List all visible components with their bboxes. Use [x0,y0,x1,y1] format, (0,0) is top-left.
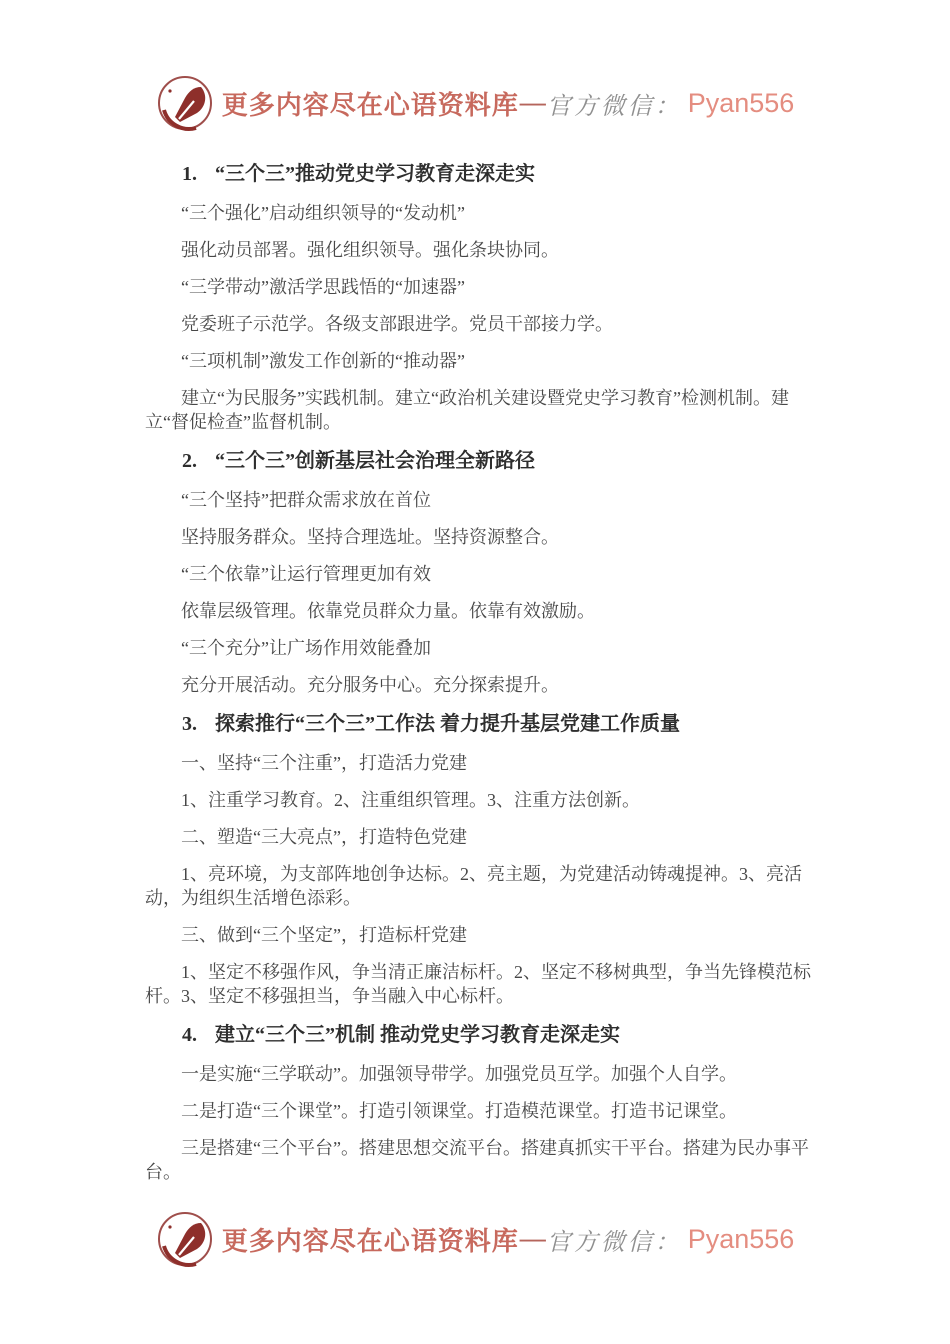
paragraph: 二、塑造“三大亮点”，打造特色党建 [145,825,812,849]
pen-logo-icon [156,74,214,132]
pen-logo-icon [156,1210,214,1268]
paragraph: “三个强化”启动组织领导的“发动机” [145,201,812,225]
section-heading-2: 2.“三个三”创新基层社会治理全新路径 [145,448,812,475]
paragraph: 1、注重学习教育。2、注重组织管理。3、注重方法创新。 [145,788,812,812]
paragraph: 1、亮环境，为支部阵地创争达标。2、亮主题，为党建活动铸魂提神。3、亮活动，为组… [145,862,812,910]
paragraph: “三个依靠”让运行管理更加有效 [145,562,812,586]
watermark-dash: — [520,1224,546,1254]
paragraph: 坚持服务群众。坚持合理选址。坚持资源整合。 [145,525,812,549]
paragraph: 充分开展活动。充分服务中心。充分探索提升。 [145,673,812,697]
wechat-id: Pyan556 [688,88,795,119]
paragraph: 三、做到“三个坚定”，打造标杆党建 [145,923,812,947]
paragraph: 一是实施“三学联动”。加强领导带学。加强党员互学。加强个人自学。 [145,1062,812,1086]
wechat-label: 官方微信： [547,86,682,121]
section-title: 建立“三个三”机制 推动党史学习教育走深走实 [215,1024,620,1046]
paragraph: “三项机制”激发工作创新的“推动器” [145,349,812,373]
wechat-label: 官方微信： [547,1222,682,1257]
section-heading-4: 4.建立“三个三”机制 推动党史学习教育走深走实 [145,1022,812,1049]
footer-watermark: 更多内容尽在心语资料库 — 官方微信： Pyan556 [0,1210,950,1268]
paragraph: 依靠层级管理。依靠党员群众力量。依靠有效激励。 [145,599,812,623]
watermark-brand-text: 更多内容尽在心语资料库 [222,1221,519,1258]
section-title: “三个三”推动党史学习教育走深走实 [215,163,535,185]
header-watermark: 更多内容尽在心语资料库 — 官方微信： Pyan556 [0,0,950,132]
paragraph: 1、坚定不移强作风，争当清正廉洁标杆。2、坚定不移树典型，争当先锋模范标杆。3、… [145,960,812,1008]
section-title: “三个三”创新基层社会治理全新路径 [215,450,535,472]
paragraph: 二是打造“三个课堂”。打造引领课堂。打造模范课堂。打造书记课堂。 [145,1099,812,1123]
paragraph: 一、坚持“三个注重”，打造活力党建 [145,751,812,775]
document-body: 1.“三个三”推动党史学习教育走深走实 “三个强化”启动组织领导的“发动机” 强… [0,132,950,1184]
watermark-dash: — [520,88,546,118]
wechat-id: Pyan556 [688,1224,795,1255]
paragraph: 建立“为民服务”实践机制。建立“政治机关建设暨党史学习教育”检测机制。建立“督促… [145,386,812,434]
section-number: 4. [182,1024,197,1046]
paragraph: 党委班子示范学。各级支部跟进学。党员干部接力学。 [145,312,812,336]
section-title: 探索推行“三个三”工作法 着力提升基层党建工作质量 [215,713,680,735]
paragraph: “三个坚持”把群众需求放在首位 [145,488,812,512]
section-number: 2. [182,450,197,472]
section-heading-3: 3.探索推行“三个三”工作法 着力提升基层党建工作质量 [145,711,812,738]
watermark-brand-text: 更多内容尽在心语资料库 [222,85,519,122]
document-page: 更多内容尽在心语资料库 — 官方微信： Pyan556 1.“三个三”推动党史学… [0,0,950,1268]
paragraph: 三是搭建“三个平台”。搭建思想交流平台。搭建真抓实干平台。搭建为民办事平台。 [145,1136,812,1184]
section-number: 1. [182,163,197,185]
section-heading-1: 1.“三个三”推动党史学习教育走深走实 [145,161,812,188]
paragraph: “三个充分”让广场作用效能叠加 [145,636,812,660]
paragraph: “三学带动”激活学思践悟的“加速器” [145,275,812,299]
section-number: 3. [182,713,197,735]
paragraph: 强化动员部署。强化组织领导。强化条块协同。 [145,238,812,262]
